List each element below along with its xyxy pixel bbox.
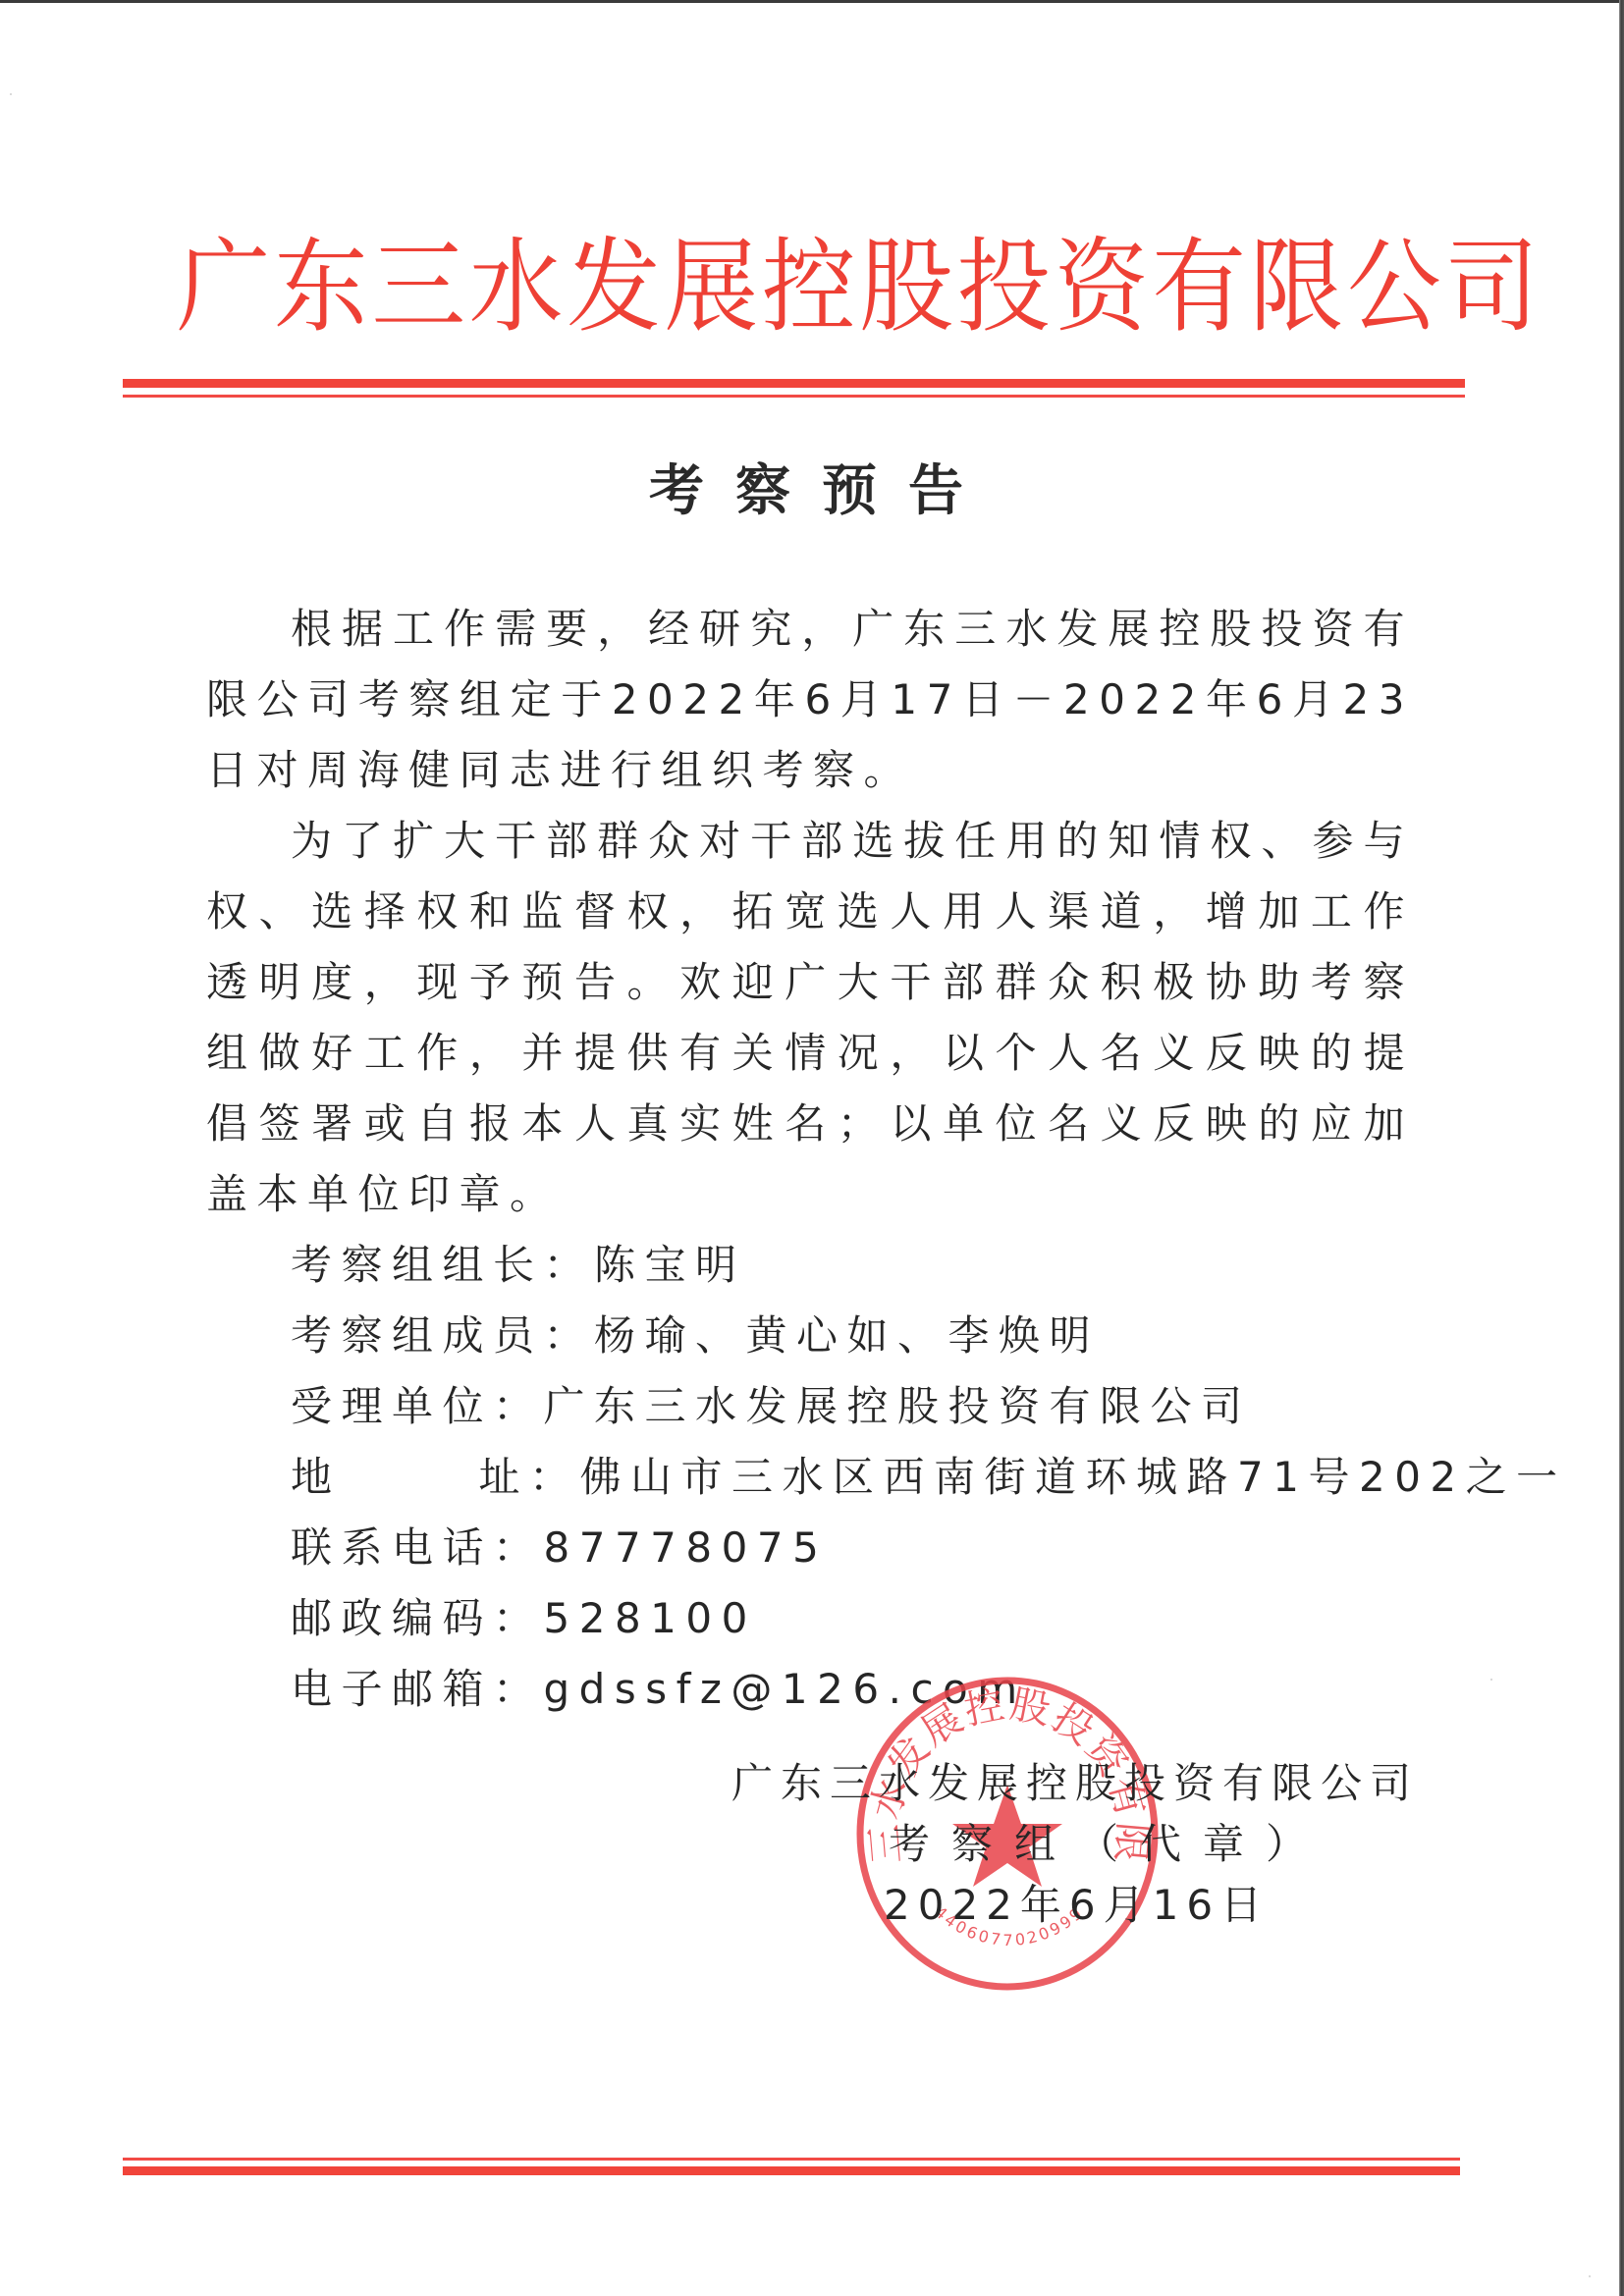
- scan-speck: [1589, 2275, 1591, 2277]
- footer-rule-thick: [123, 2166, 1460, 2175]
- info-label: 考察组成员：: [291, 1311, 594, 1360]
- document-title: 考察预告: [0, 452, 1624, 530]
- signature-block: 广东三水发展控股投资有限公司 考察组（代章） 2022年6月16日: [687, 1753, 1434, 1936]
- info-label-part2: 址：: [479, 1453, 580, 1501]
- letterhead-company-name: 广东三水发展控股投资有限公司: [177, 228, 1412, 346]
- scan-speck: [1490, 1679, 1492, 1681]
- scan-edge-right: [1619, 0, 1624, 2296]
- letterhead-rule-thin: [123, 395, 1465, 398]
- info-label-part1: 地: [291, 1453, 342, 1501]
- info-address: 地址：佛山市三水区西南街道环城路71号202之一: [206, 1442, 1414, 1513]
- info-team-members: 考察组成员：杨瑜、黄心如、李焕明: [206, 1301, 1414, 1371]
- info-phone: 联系电话：87778075: [206, 1513, 1414, 1583]
- info-value: 87778075: [544, 1523, 829, 1572]
- info-value: 杨瑜、黄心如、李焕明: [594, 1311, 1100, 1360]
- info-label: 邮政编码：: [291, 1594, 544, 1642]
- paragraph-2: 为了扩大干部群众对干部选拔任用的知情权、参与权、选择权和监督权，拓宽选人用人渠道…: [206, 806, 1414, 1230]
- signature-company: 广东三水发展控股投资有限公司: [687, 1753, 1434, 1814]
- scan-speck: [10, 93, 12, 95]
- info-value: 528100: [544, 1594, 757, 1642]
- signature-group: 考察组（代章）: [687, 1814, 1434, 1875]
- info-value: 陈宝明: [594, 1241, 746, 1289]
- info-value: 广东三水发展控股投资有限公司: [544, 1382, 1252, 1430]
- info-postal-code: 邮政编码：528100: [206, 1583, 1414, 1654]
- info-email: 电子邮箱：gdssfz@126.com: [206, 1654, 1414, 1725]
- document-body: 根据工作需要，经研究，广东三水发展控股投资有限公司考察组定于2022年6月17日…: [206, 594, 1414, 1725]
- footer-rule-thin: [123, 2158, 1460, 2161]
- info-label: 考察组组长：: [291, 1241, 594, 1289]
- info-value: 佛山市三水区西南街道环城路71号202之一: [580, 1453, 1567, 1501]
- info-label: 联系电话：: [291, 1523, 544, 1572]
- info-label: 电子邮箱：: [291, 1665, 544, 1713]
- info-receiving-unit: 受理单位：广东三水发展控股投资有限公司: [206, 1371, 1414, 1442]
- info-team-leader: 考察组组长：陈宝明: [206, 1230, 1414, 1301]
- letterhead-rule-thick: [123, 379, 1465, 388]
- scan-edge-top: [0, 0, 1624, 3]
- signature-date: 2022年6月16日: [687, 1875, 1434, 1936]
- paragraph-1: 根据工作需要，经研究，广东三水发展控股投资有限公司考察组定于2022年6月17日…: [206, 594, 1414, 806]
- info-label: 受理单位：: [291, 1382, 544, 1430]
